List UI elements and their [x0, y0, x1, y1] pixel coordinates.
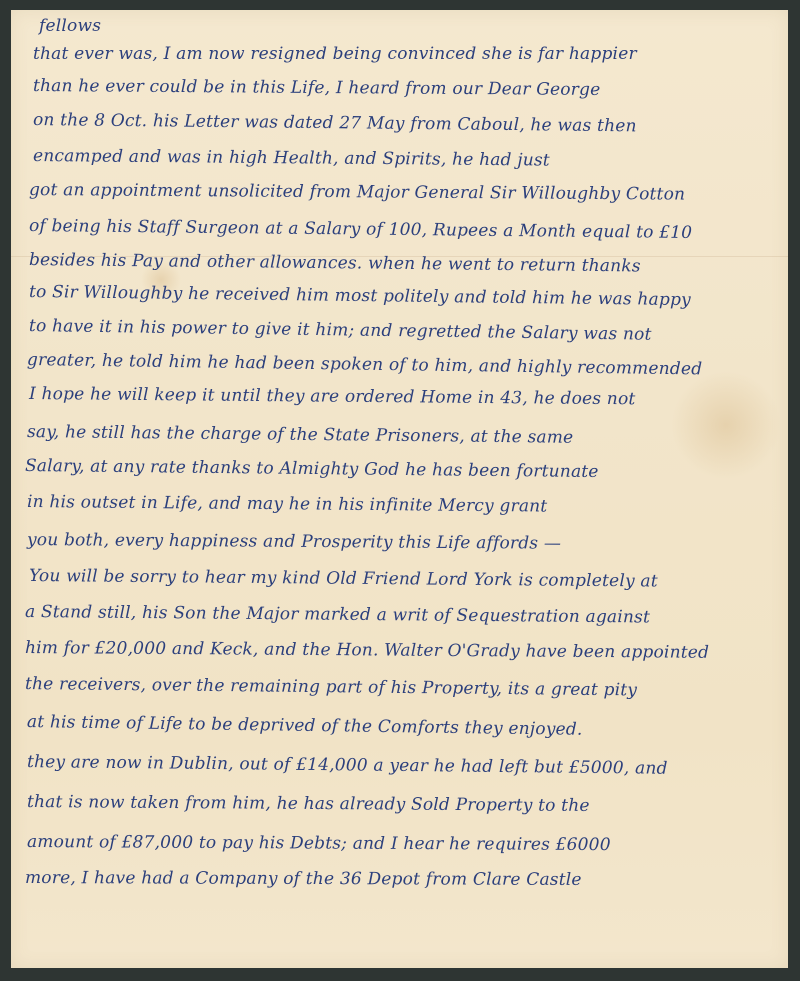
- letter-line: You will be sorry to hear my kind Old Fr…: [29, 566, 658, 591]
- letter-line: besides his Pay and other allowances. wh…: [29, 250, 641, 276]
- letter-line: I hope he will keep it until they are or…: [29, 384, 636, 409]
- letter-line: at his time of Life to be deprived of th…: [27, 712, 583, 740]
- letter-line: you both, every happiness and Prosperity…: [27, 530, 561, 554]
- letter-line: they are now in Dublin, out of £14,000 a…: [27, 752, 668, 779]
- letter-line: than he ever could be in this Life, I he…: [33, 76, 601, 100]
- letter-line: on the 8 Oct. his Letter was dated 27 Ma…: [33, 110, 637, 136]
- letter-line: in his outset in Life, and may he in his…: [27, 492, 548, 517]
- marginal-note: fellows: [39, 16, 101, 36]
- letter-line: say, he still has the charge of the Stat…: [27, 422, 574, 448]
- letter-line: that ever was, I am now resigned being c…: [33, 44, 637, 64]
- paper-stain: [671, 370, 781, 480]
- letter-line: of being his Staff Surgeon at a Salary o…: [29, 216, 692, 243]
- letter-page: fellowsthat ever was, I am now resigned …: [11, 10, 788, 968]
- letter-line: greater, he told him he had been spoken …: [27, 350, 703, 379]
- letter-line: got an appointment unsolicited from Majo…: [29, 180, 685, 205]
- letter-line: a Stand still, his Son the Major marked …: [25, 602, 650, 627]
- letter-line: the receivers, over the remaining part o…: [25, 674, 637, 700]
- letter-line: encamped and was in high Health, and Spi…: [33, 146, 550, 171]
- letter-line: him for £20,000 and Keck, and the Hon. W…: [25, 638, 709, 663]
- letter-line: Salary, at any rate thanks to Almighty G…: [25, 456, 599, 482]
- letter-line: more, I have had a Company of the 36 Dep…: [25, 868, 582, 890]
- letter-line: amount of £87,000 to pay his Debts; and …: [27, 832, 611, 855]
- letter-line: that is now taken from him, he has alrea…: [27, 792, 590, 816]
- letter-line: to have it in his power to give it him; …: [29, 316, 652, 345]
- letter-line: to Sir Willoughby he received him most p…: [29, 282, 691, 310]
